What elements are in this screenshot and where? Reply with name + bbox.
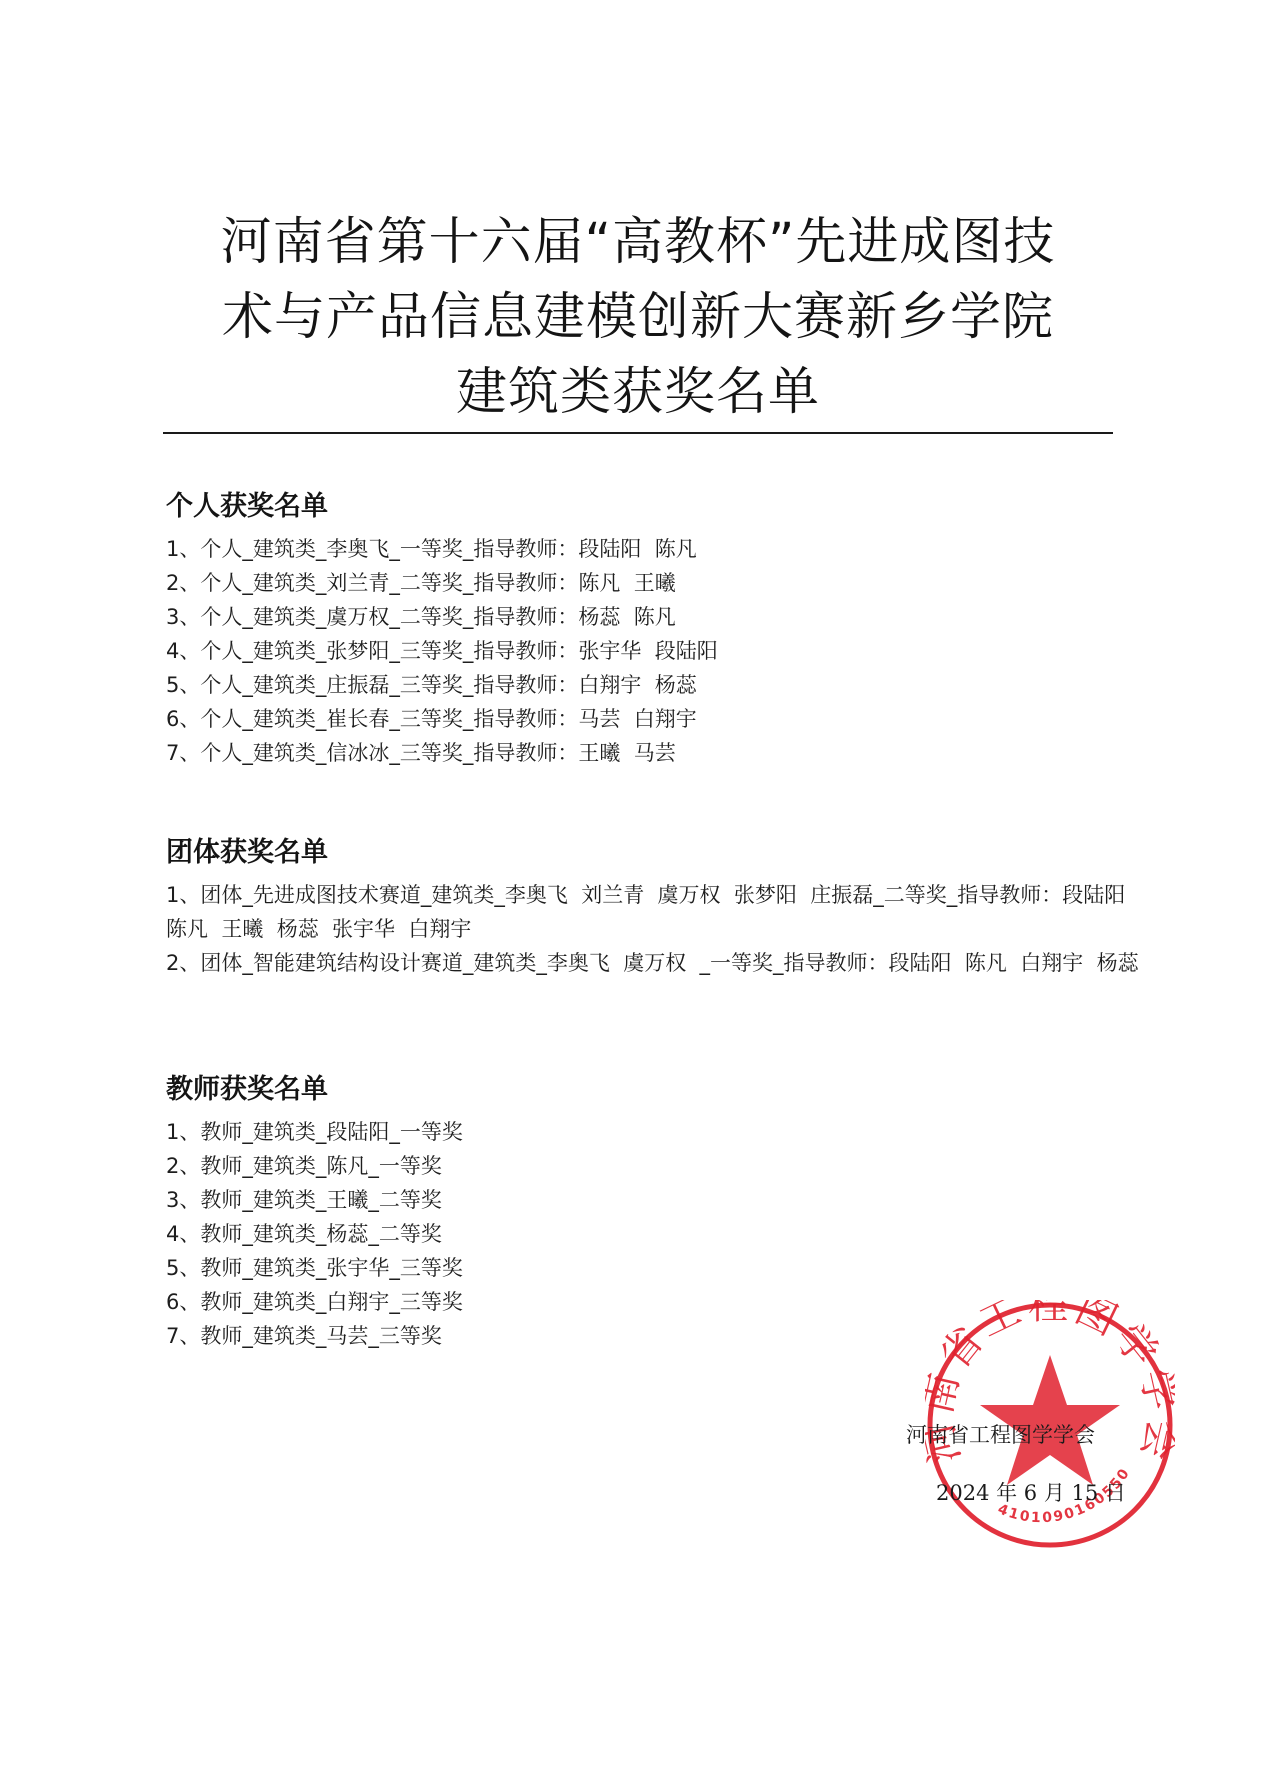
list-item: 7、教师_建筑类_马芸_三等奖: [166, 1319, 463, 1353]
list-item: 5、教师_建筑类_张宇华_三等奖: [166, 1251, 463, 1285]
document-title: 河南省第十六届“高教杯”先进成图技 术与产品信息建模创新大赛新乡学院 建筑类获奖…: [163, 205, 1113, 430]
section-heading: 个人获奖名单: [166, 490, 718, 524]
team-awards-section: 团体获奖名单 1、团体_先进成图技术赛道_建筑类_李奥飞 刘兰青 虞万权 张梦阳…: [166, 836, 1141, 980]
teacher-awards-section: 教师获奖名单 1、教师_建筑类_段陆阳_一等奖 2、教师_建筑类_陈凡_一等奖 …: [166, 1073, 463, 1353]
section-heading: 教师获奖名单: [166, 1073, 463, 1107]
list-item: 7、个人_建筑类_信冰冰_三等奖_指导教师：王曦 马芸: [166, 736, 718, 770]
title-line-3: 建筑类获奖名单: [163, 355, 1113, 430]
list-item: 5、个人_建筑类_庄振磊_三等奖_指导教师：白翔宇 杨蕊: [166, 668, 718, 702]
title-divider: [163, 432, 1113, 434]
list-item: 3、个人_建筑类_虞万权_二等奖_指导教师：杨蕊 陈凡: [166, 600, 718, 634]
list-item: 2、教师_建筑类_陈凡_一等奖: [166, 1149, 463, 1183]
section-heading: 团体获奖名单: [166, 836, 1141, 870]
list-item: 3、教师_建筑类_王曦_二等奖: [166, 1183, 463, 1217]
title-line-1: 河南省第十六届“高教杯”先进成图技: [163, 205, 1113, 280]
individual-awards-section: 个人获奖名单 1、个人_建筑类_李奥飞_一等奖_指导教师：段陆阳 陈凡 2、个人…: [166, 490, 718, 770]
list-item: 6、教师_建筑类_白翔宇_三等奖: [166, 1285, 463, 1319]
list-item: 1、团体_先进成图技术赛道_建筑类_李奥飞 刘兰青 虞万权 张梦阳 庄振磊_二等…: [166, 878, 1141, 946]
issuing-organization: 河南省工程图学学会: [906, 1420, 1095, 1450]
list-item: 4、个人_建筑类_张梦阳_三等奖_指导教师：张宇华 段陆阳: [166, 634, 718, 668]
issue-date: 2024 年 6 月 15 日: [936, 1478, 1126, 1508]
list-item: 6、个人_建筑类_崔长春_三等奖_指导教师：马芸 白翔宇: [166, 702, 718, 736]
list-item: 1、教师_建筑类_段陆阳_一等奖: [166, 1115, 463, 1149]
list-item: 1、个人_建筑类_李奥飞_一等奖_指导教师：段陆阳 陈凡: [166, 532, 718, 566]
list-item: 2、个人_建筑类_刘兰青_二等奖_指导教师：陈凡 王曦: [166, 566, 718, 600]
title-line-2: 术与产品信息建模创新大赛新乡学院: [163, 280, 1113, 355]
list-item: 4、教师_建筑类_杨蕊_二等奖: [166, 1217, 463, 1251]
list-item: 2、团体_智能建筑结构设计赛道_建筑类_李奥飞 虞万权 _一等奖_指导教师：段陆…: [166, 946, 1141, 980]
